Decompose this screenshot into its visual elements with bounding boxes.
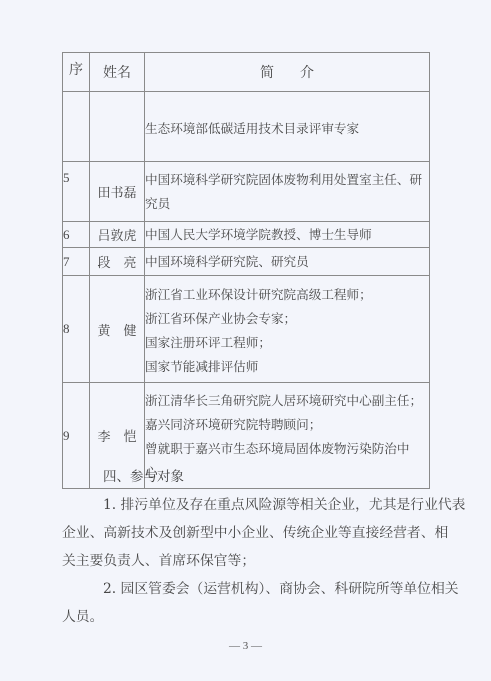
table-row: 6 吕敦虎 中国人民大学环境学院教授、博士生导师 xyxy=(63,222,430,248)
page-number: — 3 — xyxy=(0,640,491,652)
row-name xyxy=(90,92,145,162)
header-bio: 简介 xyxy=(145,53,430,92)
header-name: 姓名 xyxy=(90,53,145,92)
row-name: 黄 健 xyxy=(90,276,145,383)
paragraph: 2. 园区管委会（运营机构）、商协会、科研院所等单位相关 人员。 xyxy=(62,575,432,631)
bio-line: 嘉兴同济环境研究院特聘顾问； xyxy=(145,413,429,437)
header-bio-left: 简 xyxy=(260,65,274,81)
bio-line: 浙江清华长三角研究院人居环境研究中心副主任； xyxy=(145,389,429,413)
document-page: 序 姓名 简介 生态环境部低碳适用技术目录评审专家 5 田书磊 中国环境科学研究… xyxy=(0,0,491,681)
header-bio-right: 介 xyxy=(300,65,314,81)
table-row: 5 田书磊 中国环境科学研究院固体废物利用处置室主任、研 究员 xyxy=(63,162,430,222)
row-name: 吕敦虎 xyxy=(90,222,145,248)
bio-line: 心 xyxy=(145,461,429,485)
bio-line: 中国环境科学研究院固体废物利用处置室主任、研 xyxy=(145,168,429,192)
table-row: 7 段 亮 中国环境科学研究院、研究员 xyxy=(63,248,430,276)
row-bio: 中国人民大学环境学院教授、博士生导师 xyxy=(145,222,430,248)
row-seq: 9 xyxy=(63,383,90,489)
row-name: 田书磊 xyxy=(90,162,145,222)
bio-line: 生态环境部低碳适用技术目录评审专家 xyxy=(145,117,429,141)
row-name: 段 亮 xyxy=(90,248,145,276)
table-header-row: 序 姓名 简介 xyxy=(63,53,430,92)
paragraph-line: 企业、高新技术及创新型中小企业、传统企业等直接经营者、相 xyxy=(62,519,432,547)
header-seq: 序 xyxy=(63,53,90,92)
row-bio: 浙江清华长三角研究院人居环境研究中心副主任； 嘉兴同济环境研究院特聘顾问； 曾就… xyxy=(145,383,430,489)
paragraph-line: 1. 排污单位及存在重点风险源等相关企业，尤其是行业代表 xyxy=(62,491,432,519)
paragraph-line: 2. 园区管委会（运营机构）、商协会、科研院所等单位相关 xyxy=(62,575,432,603)
bio-line: 究员 xyxy=(145,192,429,216)
bio-line: 中国环境科学研究院、研究员 xyxy=(145,250,429,274)
paragraph: 1. 排污单位及存在重点风险源等相关企业，尤其是行业代表 企业、高新技术及创新型… xyxy=(62,491,432,575)
row-seq: 8 xyxy=(63,276,90,383)
row-seq: 7 xyxy=(63,248,90,276)
row-bio: 中国环境科学研究院、研究员 xyxy=(145,248,430,276)
row-bio: 中国环境科学研究院固体废物利用处置室主任、研 究员 xyxy=(145,162,430,222)
row-seq xyxy=(63,92,90,162)
bio-line: 国家节能减排评估师 xyxy=(145,355,429,379)
row-bio: 生态环境部低碳适用技术目录评审专家 xyxy=(145,92,430,162)
bio-line: 曾就职于嘉兴市生态环境局固体废物污染防治中 xyxy=(145,437,429,461)
paragraph-line: 人员。 xyxy=(62,603,432,631)
row-seq: 6 xyxy=(63,222,90,248)
section-heading: 四、参与对象 xyxy=(103,465,184,485)
row-bio: 浙江省工业环保设计研究院高级工程师； 浙江省环保产业协会专家； 国家注册环评工程… xyxy=(145,276,430,383)
row-seq: 5 xyxy=(63,162,90,222)
table-row: 8 黄 健 浙江省工业环保设计研究院高级工程师； 浙江省环保产业协会专家； 国家… xyxy=(63,276,430,383)
bio-line: 国家注册环评工程师； xyxy=(145,331,429,355)
bio-line: 浙江省环保产业协会专家； xyxy=(145,307,429,331)
bio-line: 中国人民大学环境学院教授、博士生导师 xyxy=(145,223,429,247)
expert-table: 序 姓名 简介 生态环境部低碳适用技术目录评审专家 5 田书磊 中国环境科学研究… xyxy=(62,52,430,489)
bio-line: 浙江省工业环保设计研究院高级工程师； xyxy=(145,283,429,307)
paragraph-line: 关主要负责人、首席环保官等； xyxy=(62,547,432,575)
table-row: 生态环境部低碳适用技术目录评审专家 xyxy=(63,92,430,162)
